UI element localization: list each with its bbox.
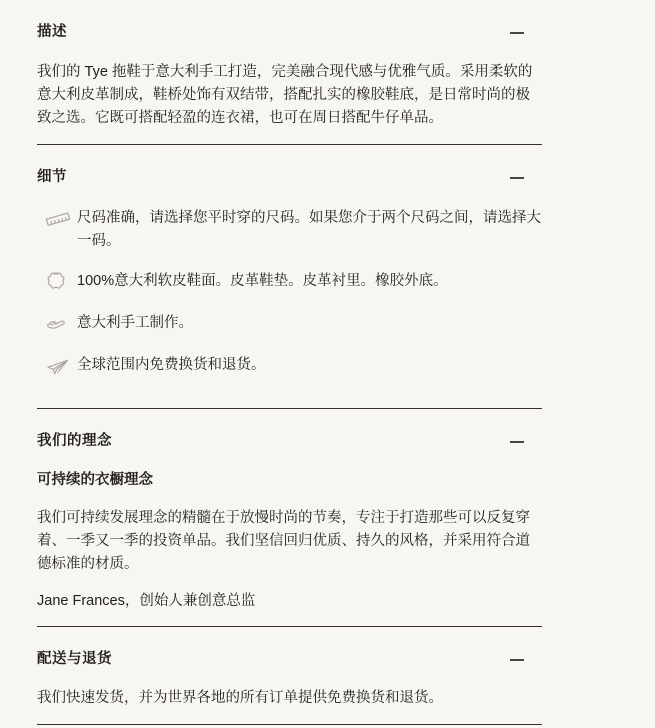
minus-icon bbox=[510, 659, 524, 661]
accordion-header-shipping-returns[interactable]: 配送与退货 bbox=[37, 647, 542, 671]
shipping-returns-paragraph: 我们快速发货，并为世界各地的所有订单提供免费换货和退货。 bbox=[37, 687, 542, 710]
detail-text: 尺码准确，请选择您平时穿的尺码。如果您介于两个尺码之间，请选择大一码。 bbox=[77, 207, 542, 253]
detail-item-handmade: 意大利手工制作。 bbox=[37, 312, 542, 337]
accordion-header-philosophy[interactable]: 我们的理念 bbox=[37, 429, 542, 453]
description-paragraph: 我们的 Tye 拖鞋于意大利手工打造，完美融合现代感与优雅气质。采用柔软的意大利… bbox=[37, 61, 542, 130]
detail-item-shipping: 全球范围内免费换货和退货。 bbox=[37, 354, 542, 379]
minus-icon bbox=[510, 441, 524, 443]
accordion-header-description[interactable]: 描述 bbox=[37, 20, 542, 44]
collapse-toggle-button[interactable] bbox=[510, 651, 524, 667]
philosophy-paragraph: 我们可持续发展理念的精髓在于放慢时尚的节奏，专注于打造那些可以反复穿着、一季又一… bbox=[37, 507, 542, 576]
collapse-toggle-button[interactable] bbox=[510, 433, 524, 449]
section-title-shipping-returns: 配送与退货 bbox=[37, 647, 112, 671]
detail-text: 100%意大利软皮鞋面。皮革鞋垫。皮革衬里。橡胶外底。 bbox=[77, 270, 448, 293]
founder-signature: Jane Frances，创始人兼创意总监 bbox=[37, 590, 542, 613]
collapse-toggle-button[interactable] bbox=[510, 24, 524, 40]
detail-item-materials: 100%意大利软皮鞋面。皮革鞋垫。皮革衬里。橡胶外底。 bbox=[37, 270, 542, 295]
accordion-section-shipping-returns: 配送与退货 我们快速发货，并为世界各地的所有订单提供免费换货和退货。 bbox=[37, 627, 542, 725]
product-info-accordion: 描述 我们的 Tye 拖鞋于意大利手工打造，完美融合现代感与优雅气质。采用柔软的… bbox=[37, 0, 542, 725]
section-title-description: 描述 bbox=[37, 20, 67, 44]
leather-icon bbox=[45, 269, 71, 295]
accordion-header-details[interactable]: 细节 bbox=[37, 165, 542, 189]
collapse-toggle-button[interactable] bbox=[510, 169, 524, 185]
accordion-section-description: 描述 我们的 Tye 拖鞋于意大利手工打造，完美融合现代感与优雅气质。采用柔软的… bbox=[37, 0, 542, 145]
accordion-section-details: 细节 尺码准确，请选择您平时穿的尺码。如果您介于两个尺码之间，请选择大一码。 bbox=[37, 145, 542, 409]
section-title-details: 细节 bbox=[37, 165, 67, 189]
paper-plane-icon bbox=[45, 353, 71, 379]
minus-icon bbox=[510, 32, 524, 34]
minus-icon bbox=[510, 177, 524, 179]
ruler-icon bbox=[45, 206, 71, 232]
detail-text: 意大利手工制作。 bbox=[77, 312, 193, 335]
handmade-icon bbox=[45, 311, 71, 337]
detail-list: 尺码准确，请选择您平时穿的尺码。如果您介于两个尺码之间，请选择大一码。 100%… bbox=[37, 207, 542, 379]
section-title-philosophy: 我们的理念 bbox=[37, 429, 112, 453]
accordion-section-philosophy: 我们的理念 可持续的衣橱理念 我们可持续发展理念的精髓在于放慢时尚的节奏，专注于… bbox=[37, 409, 542, 627]
detail-item-sizing: 尺码准确，请选择您平时穿的尺码。如果您介于两个尺码之间，请选择大一码。 bbox=[37, 207, 542, 253]
philosophy-subheading: 可持续的衣橱理念 bbox=[37, 469, 542, 492]
detail-text: 全球范围内免费换货和退货。 bbox=[77, 354, 266, 377]
